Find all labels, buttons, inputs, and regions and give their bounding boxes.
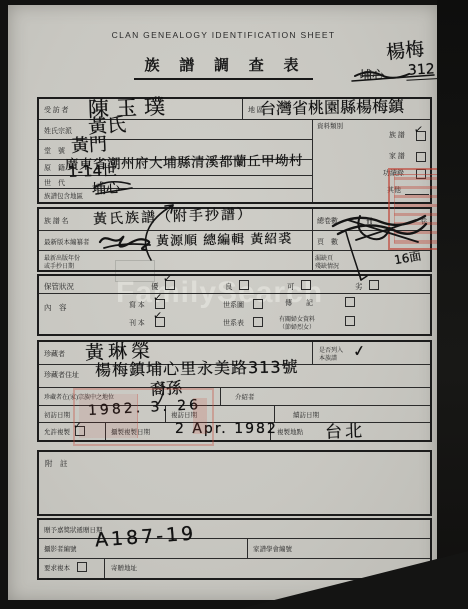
lineage-chart-checkbox [253, 299, 263, 309]
notes-label: 附 註 [45, 458, 68, 469]
check-icon: ✓ [152, 291, 162, 305]
genealogy-title-label: 族 譜 名 [44, 216, 69, 226]
condition-option: 可 [287, 281, 295, 292]
category-option-label: 族 譜 [389, 130, 405, 140]
grid-line [247, 538, 248, 558]
film-edge-right [437, 0, 468, 609]
lineage-table-label: 世系表 [223, 318, 244, 328]
volumes-value: 一 [347, 209, 364, 231]
missing-pages-label2: 殘缺情況 [315, 261, 339, 270]
grid-line [39, 293, 430, 294]
request-copy-label: 要求複本 [44, 563, 70, 572]
listed-checkmark: ✓ [352, 341, 367, 361]
copy-place-label: 複製地點 [277, 427, 303, 436]
pub-year-label2: 或手抄日期 [44, 261, 74, 270]
editors-value: 黃源順 總編輯 黃紹裘 [156, 228, 293, 249]
grid-line [39, 250, 430, 251]
request-copy-checkbox [77, 562, 87, 572]
check-icon: ✓ [152, 309, 162, 323]
condition-option: 良 [225, 281, 233, 292]
grid-line [312, 342, 313, 364]
handwritten-number: 312 [406, 61, 438, 81]
area-value: 台灣省桃園縣楊梅鎮 [260, 94, 404, 120]
grid-line [39, 558, 430, 559]
category-checkbox [416, 152, 426, 162]
origin-label: 原 籍 [44, 163, 65, 173]
condition-label: 保管狀況 [44, 281, 74, 292]
volumes-label: 總卷數 [317, 216, 338, 226]
condition-checkbox [239, 280, 249, 290]
copy-place-value: 台北 [325, 416, 366, 442]
category-label: 資料類別 [317, 121, 343, 130]
notes-table: 附 註 [37, 450, 432, 516]
handwritten-crossed-word: 埔心 [360, 66, 385, 84]
biography-checkbox [345, 297, 355, 307]
film-edge-top [0, 0, 468, 5]
condition-checkbox [369, 280, 379, 290]
red-stamp-faint-fill [79, 394, 138, 438]
pages-label: 頁 數 [317, 237, 338, 247]
grid-line [220, 387, 221, 405]
lineage-chart-label: 世系圖 [223, 300, 244, 310]
grid-line [39, 188, 312, 189]
lineage-table-checkbox [253, 317, 263, 327]
condition-content-table: 保管狀況 優 ✓ 良 ✓ 可 ✓ 劣 ✓ 內 容 寫 本 ✓ 刊 本 ✓ 世系圖… [37, 274, 432, 336]
editors-label: 最新版本編纂者 [44, 237, 90, 246]
printed-label: 刊 本 [129, 318, 145, 328]
biography-label: 傳 記 [285, 298, 313, 308]
grid-line [274, 405, 275, 422]
introducer-label: 介紹者 [235, 392, 255, 401]
check-icon: ✓ [162, 272, 173, 286]
owner-address-value: 楊梅鎮埔心里永美路313號 [95, 354, 299, 381]
women-data-checkbox [345, 316, 355, 326]
interviewee-label: 受 訪 者 [44, 105, 69, 115]
grid-line [312, 209, 313, 270]
english-title: CLAN GENEALOGY IDENTIFICATION SHEET [8, 30, 439, 40]
surname-clan-label: 姓氏宗派 [44, 126, 72, 136]
coverage-label: 族譜包含地區 [44, 191, 83, 200]
women-data-label2: （節婦烈女） [279, 322, 315, 331]
hall-name-label: 堂 號 [44, 146, 65, 156]
followup-visit-label: 續訪日期 [293, 410, 319, 419]
red-stamp-faint [73, 388, 214, 446]
allow-copy-label: 允許複製 [44, 427, 70, 436]
category-option-label: 家 譜 [389, 151, 405, 161]
condition-checkbox [301, 280, 311, 290]
handwritten-town-annotation: 楊梅 [385, 34, 426, 65]
check-icon: ✓ [413, 122, 424, 136]
red-stamp-faint-mark [193, 398, 207, 434]
coverage-value: 埔心 [91, 177, 120, 198]
grid-line [312, 119, 313, 202]
listed-label2: 本族譜 [319, 353, 337, 362]
manuscript-label: 寫 本 [129, 300, 145, 310]
content-label: 內 容 [44, 302, 67, 313]
volume-unit: 冊 [366, 216, 373, 226]
photographer-no-label: 攝影者編號 [44, 544, 77, 553]
first-visit-label: 初訪日期 [44, 410, 70, 419]
scanned-form-sheet: CLAN GENEALOGY IDENTIFICATION SHEET 族 譜 … [8, 4, 439, 602]
society-no-label: 家譜學會編號 [253, 544, 292, 553]
mailing-address-label: 寄贈地址 [111, 563, 137, 572]
owner-label: 珍藏者 [44, 349, 65, 359]
condition-option: 劣 [355, 281, 363, 292]
film-edge-left [0, 0, 8, 609]
owner-address-label: 珍藏者住址 [44, 370, 79, 380]
page-title: 族 譜 調 查 表 [134, 54, 312, 80]
grid-line [104, 558, 105, 578]
grid-line [242, 99, 243, 119]
generations-label: 世 代 [44, 178, 65, 188]
